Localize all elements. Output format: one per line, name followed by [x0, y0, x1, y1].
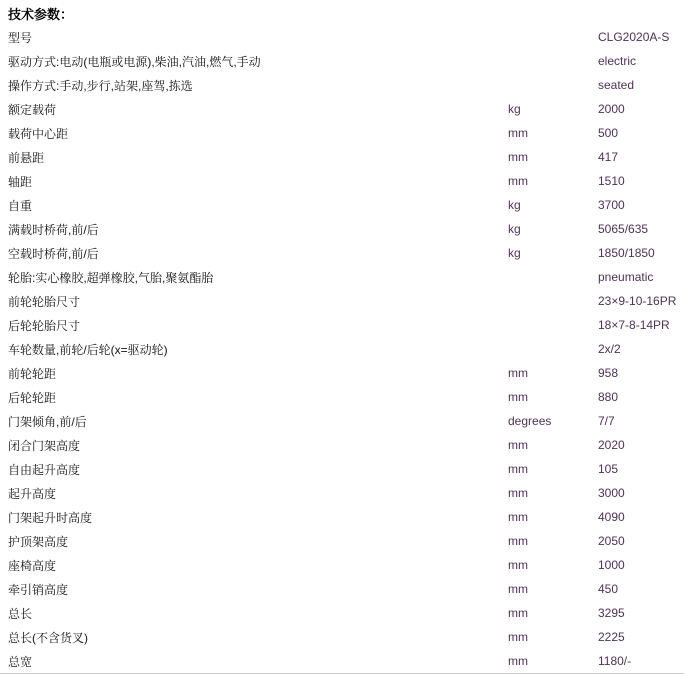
spec-parameter-label: 座椅高度 — [0, 557, 508, 574]
spec-value: 2020 — [598, 438, 684, 452]
spec-value: 3700 — [598, 198, 684, 212]
spec-value: pneumatic — [598, 270, 684, 284]
spec-parameter-label: 后轮轮距 — [0, 389, 508, 406]
spec-value: 500 — [598, 126, 684, 140]
spec-parameter-label: 额定载荷 — [0, 101, 508, 118]
spec-parameter-label: 载荷中心距 — [0, 125, 508, 142]
spec-value: 880 — [598, 390, 684, 404]
table-row: 前悬距 mm 417 — [0, 145, 684, 169]
spec-page: 技术参数： 型号 CLG2020A-S 驱动方式:电动(电瓶或电源),柴油,汽油… — [0, 0, 684, 674]
spec-parameter-label: 后轮轮胎尺寸 — [0, 317, 508, 334]
spec-parameter-label: 轮胎:实心橡胶,超弹橡胶,气胎,聚氨酯胎 — [0, 269, 508, 286]
spec-parameter-label: 轴距 — [0, 173, 508, 190]
spec-unit: mm — [508, 126, 598, 140]
spec-parameter-label: 总长(不含货叉) — [0, 629, 508, 646]
table-row: 驱动方式:电动(电瓶或电源),柴油,汽油,燃气,手动 electric — [0, 49, 684, 73]
table-row: 前轮轮距 mm 958 — [0, 361, 684, 385]
table-row: 型号 CLG2020A-S — [0, 25, 684, 49]
spec-value: 105 — [598, 462, 684, 476]
spec-parameter-label: 闭合门架高度 — [0, 437, 508, 454]
table-row: 自由起升高度 mm 105 — [0, 457, 684, 481]
spec-parameter-label: 车轮数量,前轮/后轮(x=驱动轮) — [0, 341, 508, 358]
table-row: 轴距 mm 1510 — [0, 169, 684, 193]
table-row: 自重 kg 3700 — [0, 193, 684, 217]
table-row: 总长 mm 3295 — [0, 601, 684, 625]
spec-parameter-label: 前悬距 — [0, 149, 508, 166]
spec-unit: degrees — [508, 414, 598, 428]
table-row: 轮胎:实心橡胶,超弹橡胶,气胎,聚氨酯胎 pneumatic — [0, 265, 684, 289]
spec-value: 23×9-10-16PR — [598, 294, 684, 308]
spec-parameter-label: 起升高度 — [0, 485, 508, 502]
spec-value: 2050 — [598, 534, 684, 548]
spec-unit: mm — [508, 366, 598, 380]
spec-value: 1180/- — [598, 654, 684, 668]
spec-value: 1510 — [598, 174, 684, 188]
spec-unit: mm — [508, 558, 598, 572]
spec-unit: mm — [508, 582, 598, 596]
spec-unit: mm — [508, 534, 598, 548]
page-title: 技术参数： — [0, 0, 684, 25]
spec-value: 958 — [598, 366, 684, 380]
spec-value: electric — [598, 54, 684, 68]
spec-unit: kg — [508, 246, 598, 260]
table-row: 后轮轮胎尺寸 18×7-8-14PR — [0, 313, 684, 337]
table-row: 起升高度 mm 3000 — [0, 481, 684, 505]
spec-unit: mm — [508, 606, 598, 620]
spec-unit: mm — [508, 438, 598, 452]
spec-parameter-label: 总宽 — [0, 653, 508, 670]
spec-unit: kg — [508, 222, 598, 236]
spec-parameter-label: 牵引销高度 — [0, 581, 508, 598]
table-row: 载荷中心距 mm 500 — [0, 121, 684, 145]
spec-unit: mm — [508, 390, 598, 404]
spec-value: 5065/635 — [598, 222, 684, 236]
table-row: 座椅高度 mm 1000 — [0, 553, 684, 577]
spec-unit: mm — [508, 174, 598, 188]
spec-unit: kg — [508, 102, 598, 116]
spec-value: 1850/1850 — [598, 246, 684, 260]
table-row: 满载时桥荷,前/后 kg 5065/635 — [0, 217, 684, 241]
spec-value: 2000 — [598, 102, 684, 116]
spec-parameter-label: 自由起升高度 — [0, 461, 508, 478]
table-row: 总长(不含货叉) mm 2225 — [0, 625, 684, 649]
spec-parameter-label: 满载时桥荷,前/后 — [0, 221, 508, 238]
table-row: 护顶架高度 mm 2050 — [0, 529, 684, 553]
spec-parameter-label: 自重 — [0, 197, 508, 214]
table-row: 操作方式:手动,步行,站架,座驾,拣选 seated — [0, 73, 684, 97]
spec-value: 18×7-8-14PR — [598, 318, 684, 332]
spec-parameter-label: 空载时桥荷,前/后 — [0, 245, 508, 262]
spec-value: 2225 — [598, 630, 684, 644]
spec-unit: mm — [508, 462, 598, 476]
spec-unit: mm — [508, 510, 598, 524]
spec-parameter-label: 驱动方式:电动(电瓶或电源),柴油,汽油,燃气,手动 — [0, 53, 508, 70]
table-row: 闭合门架高度 mm 2020 — [0, 433, 684, 457]
spec-parameter-label: 护顶架高度 — [0, 533, 508, 550]
table-row: 门架起升时高度 mm 4090 — [0, 505, 684, 529]
spec-parameter-label: 型号 — [0, 29, 508, 46]
table-row: 牵引销高度 mm 450 — [0, 577, 684, 601]
spec-value: CLG2020A-S — [598, 30, 684, 44]
table-row: 门架倾角,前/后 degrees 7/7 — [0, 409, 684, 433]
spec-parameter-label: 前轮轮距 — [0, 365, 508, 382]
spec-value: 3000 — [598, 486, 684, 500]
table-row: 后轮轮距 mm 880 — [0, 385, 684, 409]
spec-parameter-label: 门架起升时高度 — [0, 509, 508, 526]
spec-unit: mm — [508, 150, 598, 164]
spec-parameter-label: 前轮轮胎尺寸 — [0, 293, 508, 310]
spec-parameter-label: 操作方式:手动,步行,站架,座驾,拣选 — [0, 77, 508, 94]
spec-value: 4090 — [598, 510, 684, 524]
spec-table: 型号 CLG2020A-S 驱动方式:电动(电瓶或电源),柴油,汽油,燃气,手动… — [0, 25, 684, 673]
table-row: 总宽 mm 1180/- — [0, 649, 684, 673]
table-row: 空载时桥荷,前/后 kg 1850/1850 — [0, 241, 684, 265]
spec-value: seated — [598, 78, 684, 92]
spec-unit: kg — [508, 198, 598, 212]
spec-unit: mm — [508, 486, 598, 500]
table-row: 前轮轮胎尺寸 23×9-10-16PR — [0, 289, 684, 313]
spec-value: 450 — [598, 582, 684, 596]
spec-value: 3295 — [598, 606, 684, 620]
spec-parameter-label: 门架倾角,前/后 — [0, 413, 508, 430]
spec-parameter-label: 总长 — [0, 605, 508, 622]
table-row: 车轮数量,前轮/后轮(x=驱动轮) 2x/2 — [0, 337, 684, 361]
spec-unit: mm — [508, 654, 598, 668]
spec-value: 7/7 — [598, 414, 684, 428]
spec-unit: mm — [508, 630, 598, 644]
spec-value: 2x/2 — [598, 342, 684, 356]
spec-value: 417 — [598, 150, 684, 164]
spec-value: 1000 — [598, 558, 684, 572]
table-row: 额定载荷 kg 2000 — [0, 97, 684, 121]
